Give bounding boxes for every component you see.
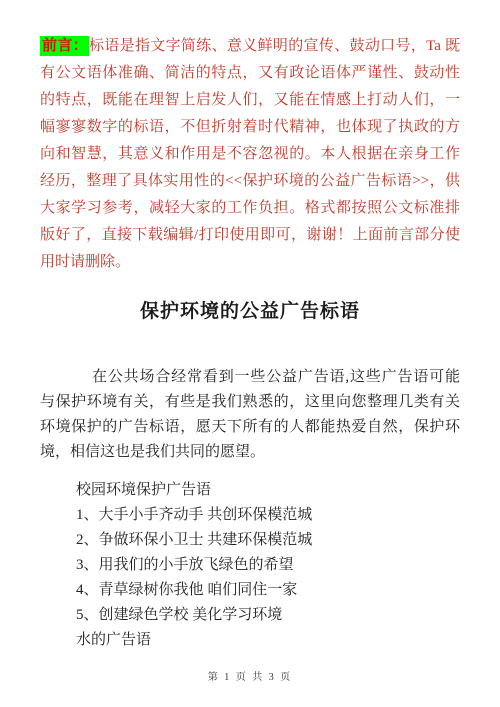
preface-line: 前言：标语是指文字简练、意义鲜明的宣传、鼓动口号，Ta 既 bbox=[40, 33, 460, 60]
page-number-footer: 第 1 页 共 3 页 bbox=[0, 668, 500, 683]
slogan-item: 3、用我们的小手放飞绿色的希望 bbox=[40, 553, 460, 578]
body-line: 境，相信这也是我们共同的愿望。 bbox=[40, 440, 460, 465]
preface-label-highlight: 前言： bbox=[40, 36, 89, 56]
preface-line-text: 标语是指文字简练、意义鲜明的宣传、鼓动口号，Ta 既 bbox=[89, 38, 460, 54]
preface-line: 大家学习参考，减轻大家的工作负担。格式都按照公文标准排 bbox=[40, 195, 460, 222]
slogan-item: 4、青草绿树你我他 咱们同住一家 bbox=[40, 578, 460, 603]
preface-paragraph: 前言：标语是指文字简练、意义鲜明的宣传、鼓动口号，Ta 既 有公文语体准确、简洁… bbox=[40, 33, 460, 276]
page-content: 前言：标语是指文字简练、意义鲜明的宣传、鼓动口号，Ta 既 有公文语体准确、简洁… bbox=[0, 0, 500, 707]
preface-line: 版好了，直接下载编辑/打印使用即可，谢谢！上面前言部分使 bbox=[40, 222, 460, 249]
preface-line: 向和智慧，其意义和作用是不容忽视的。本人根据在亲身工作 bbox=[40, 141, 460, 168]
preface-line: 用时请删除。 bbox=[40, 249, 460, 276]
preface-line: 幅寥寥数字的标语，不但折射着时代精神，也体现了执政的方 bbox=[40, 114, 460, 141]
document-title: 保护环境的公益广告标语 bbox=[40, 295, 460, 328]
slogan-section-heading: 校园环境保护广告语 bbox=[40, 478, 460, 503]
slogan-list: 校园环境保护广告语 1、大手小手齐动手 共创环保模范城 2、争做环保小卫士 共建… bbox=[40, 478, 460, 653]
slogan-next-section-heading: 水的广告语 bbox=[40, 628, 460, 653]
intro-paragraph: 在公共场合经常看到一些公益广告语,这些广告语可能 与保护环境有关，有些是我们熟悉… bbox=[40, 365, 460, 465]
slogan-item: 1、大手小手齐动手 共创环保模范城 bbox=[40, 503, 460, 528]
body-line: 环境保护的广告标语，愿天下所有的人都能热爱自然，保护环 bbox=[40, 415, 460, 440]
body-line: 在公共场合经常看到一些公益广告语,这些广告语可能 bbox=[40, 365, 460, 390]
body-line: 与保护环境有关，有些是我们熟悉的，这里向您整理几类有关 bbox=[40, 390, 460, 415]
slogan-item: 2、争做环保小卫士 共建环保模范城 bbox=[40, 528, 460, 553]
slogan-item: 5、创建绿色学校 美化学习环境 bbox=[40, 603, 460, 628]
preface-line: 的特点，既能在理智上启发人们，又能在情感上打动人们，一 bbox=[40, 87, 460, 114]
document-page: 前言：标语是指文字简练、意义鲜明的宣传、鼓动口号，Ta 既 有公文语体准确、简洁… bbox=[0, 0, 500, 707]
preface-line: 经历，整理了具体实用性的<<保护环境的公益广告标语>>，供 bbox=[40, 168, 460, 195]
preface-line: 有公文语体准确、简洁的特点，又有政论语体严谨性、鼓动性 bbox=[40, 60, 460, 87]
